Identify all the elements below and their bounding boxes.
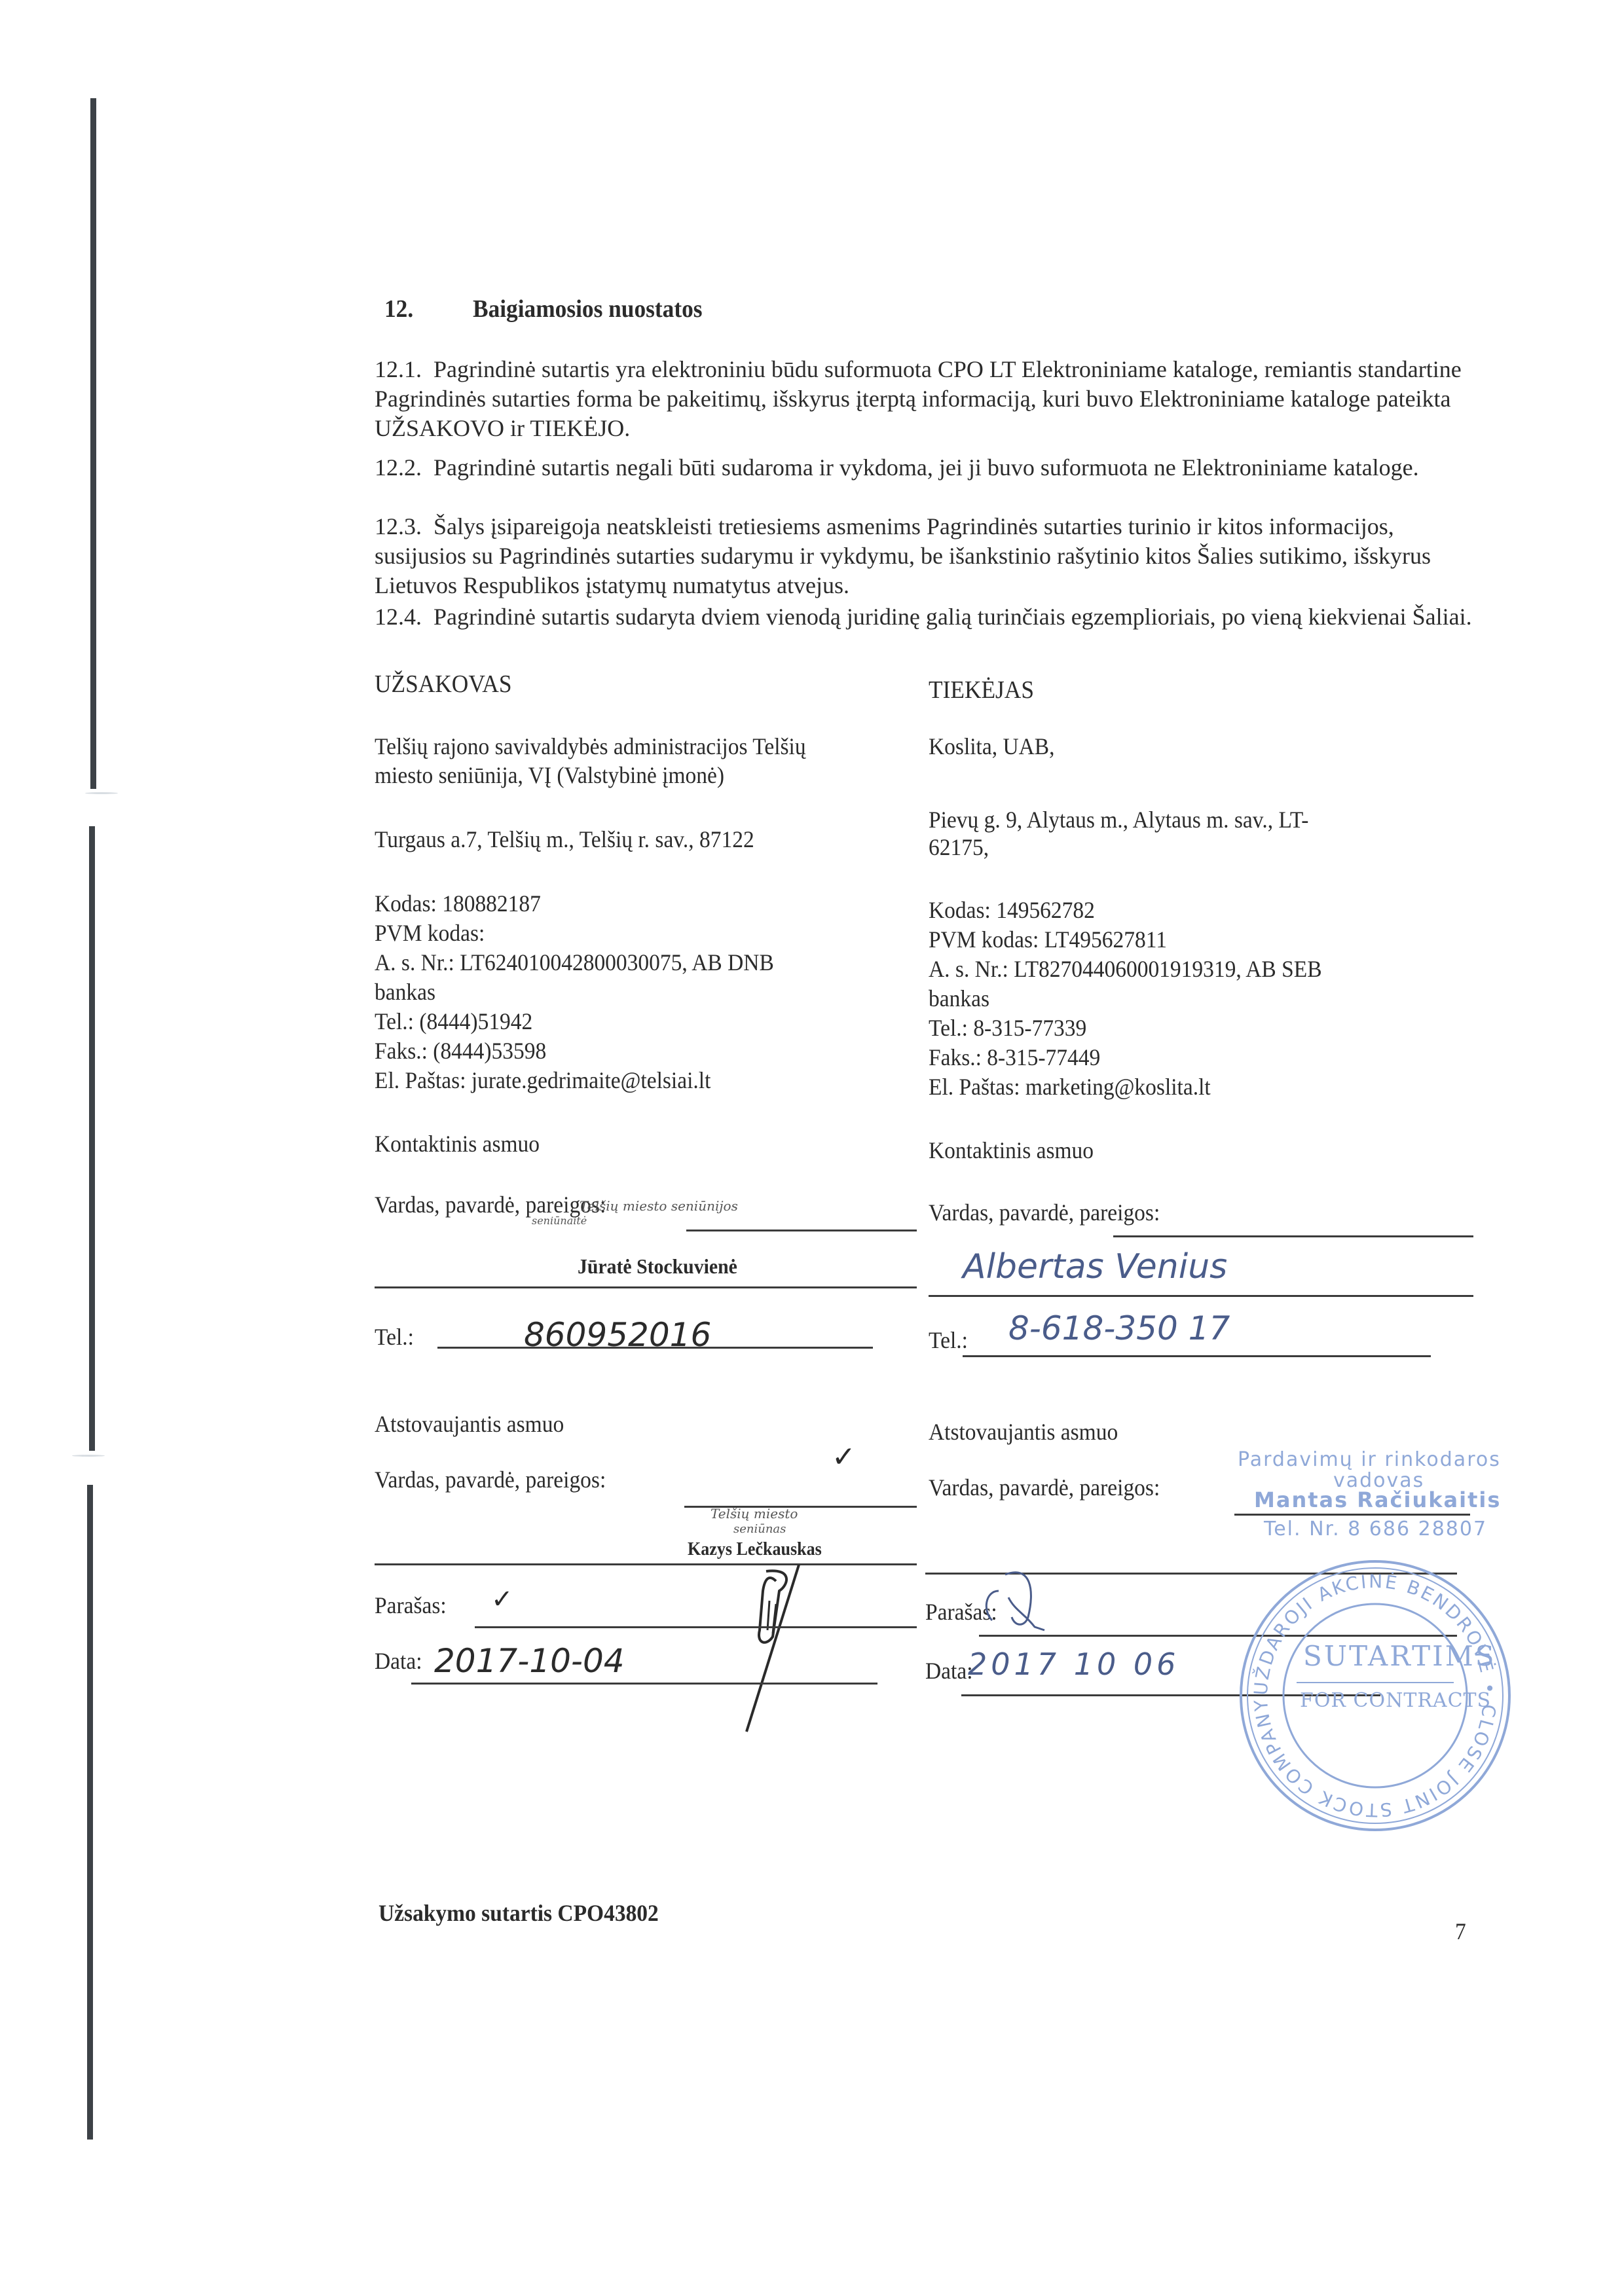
- supplier-contact-name-label: Vardas, pavardė, pareigos:: [929, 1198, 1160, 1227]
- seal-center-line2: FOR CONTRACTS: [1300, 1689, 1491, 1712]
- customer-contact-phone-label: Tel.:: [375, 1322, 414, 1351]
- customer-account-line1: A. s. Nr.: LT624010042800030075, AB DNB: [375, 948, 774, 977]
- customer-account-line2: bankas: [375, 977, 435, 1006]
- clause-12-2: 12.2.Pagrindinė sutartis negali būti sud…: [375, 453, 1475, 483]
- clause-text: Pagrindinė sutartis negali būti sudaroma…: [434, 454, 1419, 481]
- supplier-contact-phone-line: [963, 1355, 1431, 1357]
- clause-text: Pagrindinė sutartis yra elektroniniu būd…: [375, 356, 1462, 441]
- clause-text: Šalys įsipareigoja neatskleisti tretiesi…: [375, 513, 1431, 598]
- company-seal: UŽDAROJI AKCINĖ BENDROVĖ • CLOSE JOINT S…: [1231, 1552, 1519, 1840]
- supplier-phone: Tel.: 8-315-77339: [929, 1013, 1086, 1042]
- customer-rep-stamp-line1: Telšių miesto: [710, 1506, 798, 1522]
- supplier-code: Kodas: 149562782: [929, 896, 1095, 924]
- footer-page-number: 7: [1455, 1917, 1466, 1946]
- supplier-contact-name-underline: [1113, 1235, 1473, 1237]
- supplier-rep-name-underline: [1234, 1514, 1470, 1516]
- clause-12-4: 12.4.Pagrindinė sutartis sudaryta dviem …: [375, 602, 1475, 632]
- customer-contact-name-underline: [686, 1230, 917, 1231]
- seal-center-line1: SUTARTIMS: [1303, 1640, 1496, 1672]
- supplier-account-line2: bankas: [929, 984, 989, 1013]
- scan-binding-line: [89, 826, 95, 1451]
- supplier-rep-stamp-phone: Tel. Nr. 8 686 28807: [1264, 1518, 1487, 1540]
- section-number: 12.: [384, 295, 413, 323]
- customer-heading: UŽSAKOVAS: [375, 670, 511, 699]
- customer-contact-name-line: [375, 1286, 917, 1288]
- supplier-name: Koslita, UAB,: [929, 732, 1055, 761]
- supplier-rep-name-label: Vardas, pavardė, pareigos:: [929, 1473, 1160, 1502]
- clause-12-1: 12.1.Pagrindinė sutartis yra elektronini…: [375, 355, 1475, 443]
- customer-contact-stamp-line2: seniūnaitė: [532, 1214, 587, 1227]
- supplier-signature-icon: [979, 1565, 1058, 1637]
- customer-rep-heading: Atstovaujantis asmuo: [375, 1410, 564, 1438]
- scan-binding-gap: [72, 1455, 105, 1457]
- supplier-contact-phone-label: Tel.:: [929, 1326, 968, 1355]
- customer-name-line2: miesto seniūnija, VĮ (Valstybinė įmonė): [375, 761, 724, 790]
- supplier-contact-name-handwritten: Albertas Venius: [963, 1247, 1227, 1286]
- customer-signature-line: [475, 1626, 917, 1628]
- customer-code: Kodas: 180882187: [375, 889, 541, 918]
- supplier-rep-stamp-line1: Pardavimų ir rinkodaros: [1238, 1448, 1501, 1471]
- customer-signature-icon: [707, 1565, 819, 1735]
- customer-date-label: Data:: [375, 1647, 422, 1675]
- supplier-contact-heading: Kontaktinis asmuo: [929, 1136, 1094, 1165]
- customer-fax: Faks.: (8444)53598: [375, 1036, 546, 1065]
- customer-date-line: [411, 1683, 877, 1685]
- supplier-heading: TIEKĖJAS: [929, 676, 1034, 704]
- supplier-email: El. Paštas: marketing@koslita.lt: [929, 1072, 1211, 1101]
- supplier-vat-code: PVM kodas: LT495627811: [929, 925, 1167, 954]
- supplier-contact-name-line: [929, 1295, 1473, 1297]
- customer-vat-code: PVM kodas:: [375, 919, 485, 947]
- customer-rep-stamp-name: Kazys Lečkauskas: [688, 1535, 822, 1564]
- supplier-address-line1: Pievų g. 9, Alytaus m., Alytaus m. sav.,…: [929, 805, 1308, 834]
- footer-document-title: Užsakymo sutartis CPO43802: [378, 1899, 659, 1927]
- clause-number: 12.3.: [375, 512, 434, 541]
- supplier-date-label: Data:: [925, 1656, 973, 1685]
- customer-contact-phone-line: [437, 1347, 873, 1349]
- customer-signature-checkmark: ✓: [491, 1584, 513, 1614]
- scan-binding-gap: [85, 792, 118, 794]
- clause-number: 12.2.: [375, 453, 434, 483]
- clause-number: 12.1.: [375, 355, 434, 384]
- customer-name-line1: Telšių rajono savivaldybės administracij…: [375, 732, 806, 761]
- customer-contact-stamp-line1: Telšių miesto seniūnijos: [580, 1198, 738, 1214]
- supplier-account-line1: A. s. Nr.: LT827044060001919319, AB SEB: [929, 955, 1322, 983]
- customer-rep-stamp-line2: seniūnas: [733, 1522, 786, 1536]
- customer-email: El. Paštas: jurate.gedrimaite@telsiai.lt: [375, 1066, 710, 1095]
- supplier-contact-phone-handwritten: 8-618-350 17: [1008, 1309, 1230, 1347]
- customer-phone: Tel.: (8444)51942: [375, 1007, 532, 1036]
- customer-rep-checkmark: ✓: [832, 1440, 856, 1474]
- scan-binding-line: [87, 1485, 93, 2140]
- clause-12-3: 12.3.Šalys įsipareigoja neatskleisti tre…: [375, 512, 1475, 600]
- supplier-date-handwritten: 2017 10 06: [968, 1647, 1179, 1682]
- supplier-rep-heading: Atstovaujantis asmuo: [929, 1417, 1118, 1446]
- clause-number: 12.4.: [375, 602, 434, 632]
- section-title: Baigiamosios nuostatos: [473, 295, 703, 323]
- supplier-address-line2: 62175,: [929, 833, 989, 862]
- scan-binding-line: [90, 98, 96, 789]
- customer-date-handwritten: 2017-10-04: [434, 1642, 625, 1680]
- customer-rep-name-line: [375, 1563, 917, 1565]
- customer-address: Turgaus a.7, Telšių m., Telšių r. sav., …: [375, 825, 754, 854]
- customer-contact-stamp-name: Jūratė Stockuvienė: [578, 1252, 737, 1281]
- clause-text: Pagrindinė sutartis sudaryta dviem vieno…: [434, 604, 1472, 630]
- customer-signature-label: Parašas:: [375, 1591, 447, 1620]
- customer-rep-name-label: Vardas, pavardė, pareigos:: [375, 1465, 606, 1494]
- supplier-rep-stamp-name: Mantas Račiukaitis: [1254, 1487, 1501, 1512]
- customer-contact-heading: Kontaktinis asmuo: [375, 1129, 540, 1158]
- supplier-fax: Faks.: 8-315-77449: [929, 1043, 1100, 1072]
